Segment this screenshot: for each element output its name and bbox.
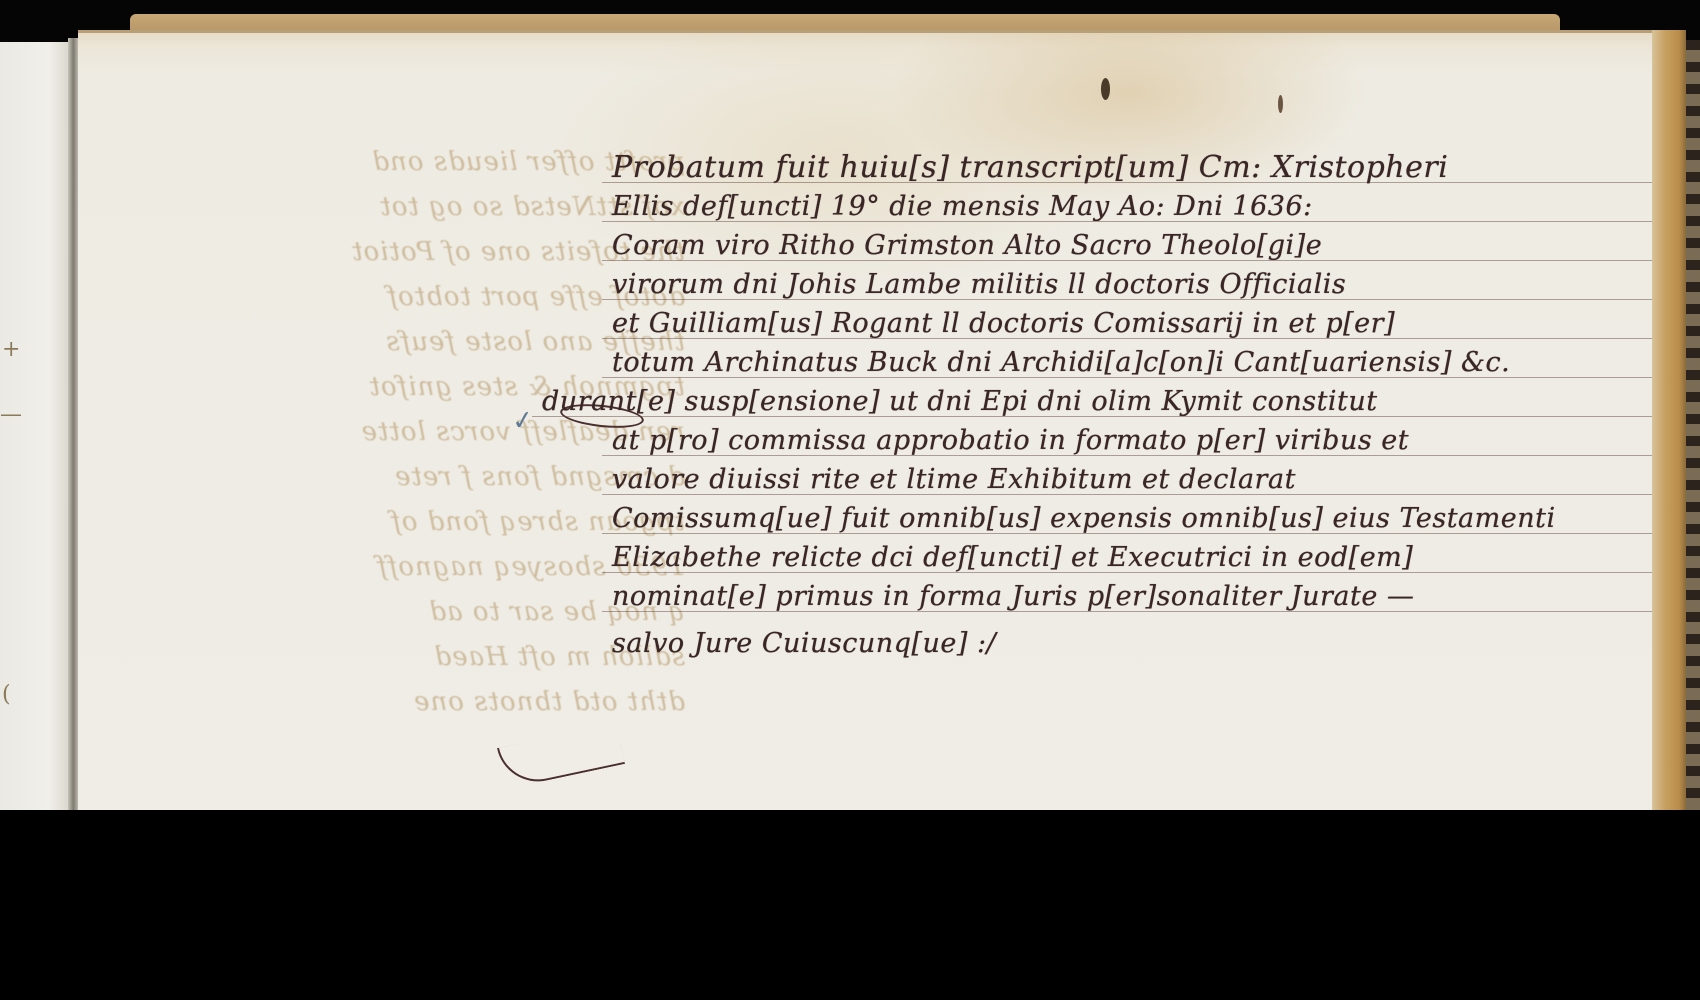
- bleed-line: dotof effe port tobtof: [125, 275, 685, 320]
- left-page-mark: (: [2, 682, 11, 707]
- ruled-line: [602, 572, 1652, 573]
- ruled-line: [602, 494, 1652, 495]
- entry-line: virorum dni Johis Lambe militis ll docto…: [612, 265, 1652, 304]
- page-edge-stain: [1652, 30, 1686, 810]
- entry-line: totum Archinatus Buck dni Archidi[a]c[on…: [612, 343, 1652, 382]
- entry-line-text: virorum dni Johis Lambe militis ll docto…: [612, 269, 1346, 300]
- entry-line-text: durant[e] susp[ensione] ut dni Epi dni o…: [542, 386, 1378, 417]
- entry-line: valore diuissi rite et ltime Exhibitum e…: [612, 460, 1652, 499]
- entry-line-text: Probatum fuit huiu[s] transcript[um] Cm:…: [612, 150, 1448, 185]
- entry-line-text: Comissumq[ue] fuit omnib[us] expensis om…: [612, 503, 1556, 534]
- entry-line-text: salvo Jure Cuiuscunq[ue] :/: [612, 628, 996, 659]
- entry-line: nominat[e] primus in forma Juris p[er]so…: [612, 577, 1652, 616]
- left-facing-page: + — (: [0, 42, 70, 810]
- bleed-line: tpgoan sbreq fond of: [125, 500, 685, 545]
- entry-line: Coram viro Ritho Grimston Alto Sacro The…: [612, 226, 1652, 265]
- entry-line: Elizabethe relicte dci def[uncti] et Exe…: [612, 538, 1652, 577]
- ruled-line: [602, 533, 1652, 534]
- pencil-checkmark-icon: ✓: [510, 405, 536, 438]
- bleed-line: proftt offer lieuds ond: [125, 140, 685, 185]
- bleed-line: d cmsgnd fons f rete: [125, 455, 685, 500]
- left-page-mark: +: [2, 337, 20, 362]
- entry-line-text: totum Archinatus Buck dni Archidi[a]c[on…: [612, 347, 1510, 378]
- ruled-line: [602, 455, 1652, 456]
- entry-line: et Guilliam[us] Rogant ll doctoris Comis…: [612, 304, 1652, 343]
- ruled-line: [602, 299, 1652, 300]
- entry-line: salvo Jure Cuiuscunq[ue] :/: [612, 624, 1652, 663]
- entry-line: Comissumq[ue] fuit omnib[us] expensis om…: [612, 499, 1652, 538]
- entry-line-text: Coram viro Ritho Grimston Alto Sacro The…: [612, 230, 1322, 261]
- ruled-line: [602, 221, 1652, 222]
- bleed-line: xof sttNetsd so og tot: [125, 185, 685, 230]
- ruled-line: [532, 416, 1652, 417]
- bleed-line: 1930 sbosyeq nagnoff: [125, 545, 685, 590]
- entry-line-text: et Guilliam[us] Rogant ll doctoris Comis…: [612, 308, 1395, 339]
- bleed-line: theffe ano loste feufs: [125, 320, 685, 365]
- entry-line-text: valore diuissi rite et ltime Exhibitum e…: [612, 464, 1296, 495]
- ruled-line: [602, 611, 1652, 612]
- ink-spot: [1101, 78, 1110, 100]
- ink-spot: [1278, 95, 1283, 113]
- bleed-line: the tofeits one of Potiot: [125, 230, 685, 275]
- probate-entry: Probatum fuit huiu[s] transcript[um] Cm:…: [612, 148, 1652, 663]
- ruled-line: [602, 338, 1652, 339]
- ruled-line: [602, 182, 1652, 183]
- entry-line: at p[ro] commissa approbatio in formato …: [612, 421, 1652, 460]
- entry-line-text: at p[ro] commissa approbatio in formato …: [612, 425, 1409, 456]
- ruled-line: [602, 377, 1652, 378]
- bleed-line: sdlloh m oft Haed: [125, 635, 685, 680]
- black-background-band: [0, 810, 1700, 1000]
- bleed-line: dtht otd tbnots one: [125, 680, 685, 725]
- entry-line: durant[e] susp[ensione] ut dni Epi dni o…: [542, 382, 1652, 421]
- entry-line: Probatum fuit huiu[s] transcript[um] Cm:…: [612, 148, 1652, 187]
- entry-line-text: nominat[e] primus in forma Juris p[er]so…: [612, 581, 1414, 612]
- entry-line-text: Elizabethe relicte dci def[uncti] et Exe…: [612, 542, 1413, 573]
- ruled-line: [602, 260, 1652, 261]
- bleed-line: q noq be sar to ad: [125, 590, 685, 635]
- left-page-mark: —: [0, 402, 22, 427]
- bleed-through-text: proftt offer lieuds ond xof sttNetsd so …: [125, 140, 685, 725]
- entry-line-text: Ellis def[uncti] 19° die mensis May Ao: …: [612, 191, 1313, 222]
- entry-line: Ellis def[uncti] 19° die mensis May Ao: …: [612, 187, 1652, 226]
- manuscript-photo: + — ( proftt offer lieuds ond xof sttNet…: [0, 0, 1700, 810]
- next-page-sliver: [1686, 40, 1700, 810]
